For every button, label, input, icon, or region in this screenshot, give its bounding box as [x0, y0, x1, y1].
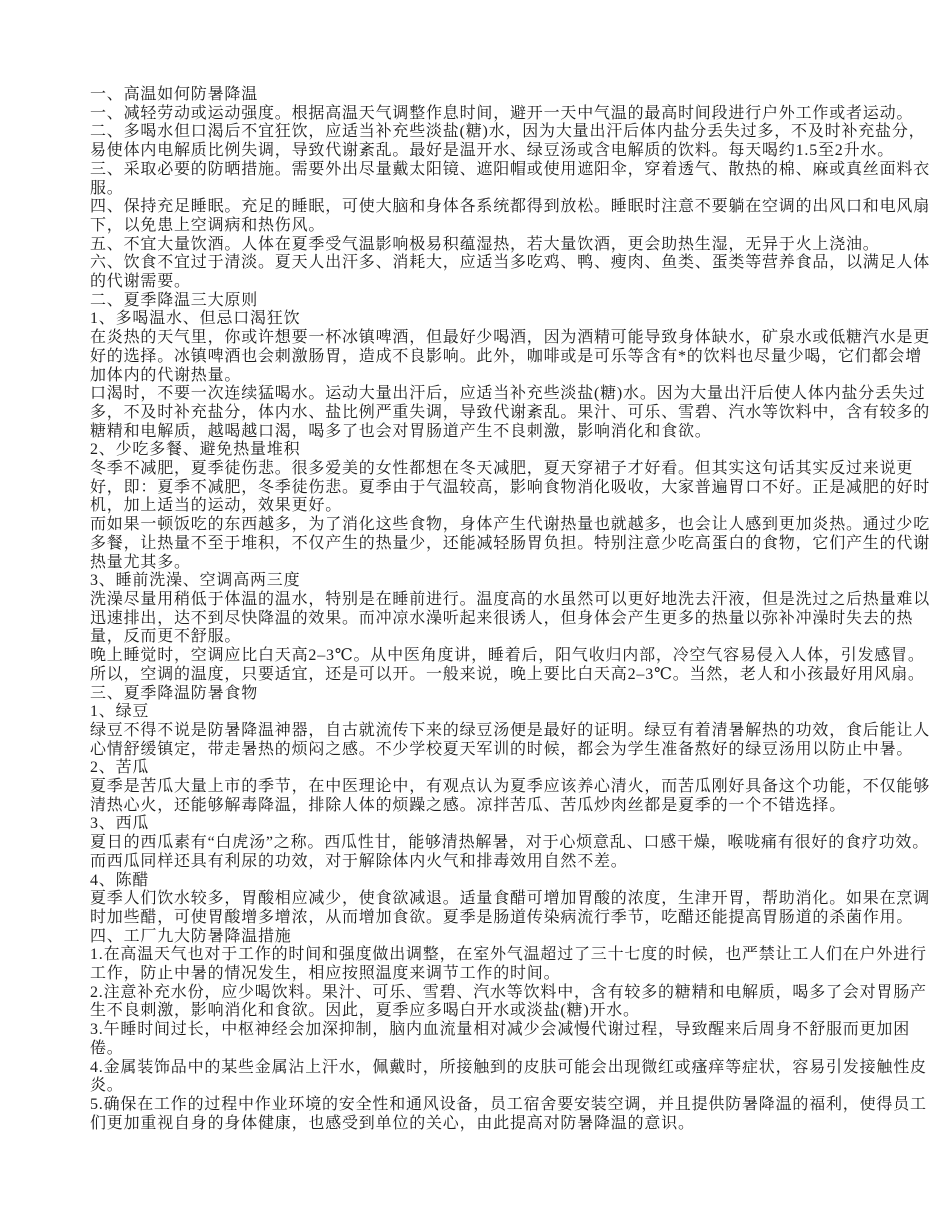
body-paragraph: 3.午睡时间过长，中枢神经会加深抑制，脑内血流量相对减少会减慢代谢过程，导致醒来… [90, 1021, 938, 1058]
document-body: 一、高温如何防暑降温 一、减轻劳动或运动强度。根据高温天气调整作息时间，避开一天… [90, 86, 938, 1133]
sub-heading: 3、西瓜 [90, 815, 938, 834]
body-paragraph: 2.注意补充水份，应少喝饮料。果汁、可乐、雪碧、汽水等饮料中，含有较多的糖精和电… [90, 984, 938, 1021]
sub-heading: 2、少吃多餐、避免热量堆积 [90, 441, 938, 460]
body-paragraph: 夏日的西瓜素有“白虎汤”之称。西瓜性甘，能够清热解暑，对于心烦意乱、口感干燥，喉… [90, 834, 938, 871]
body-paragraph: 夏季是苦瓜大量上市的季节，在中医理论中，有观点认为夏季应该养心清火，而苦瓜刚好具… [90, 778, 938, 815]
sub-heading: 2、苦瓜 [90, 759, 938, 778]
body-paragraph: 四、保持充足睡眠。充足的睡眠，可使大脑和身体各系统都得到放松。睡眠时注意不要躺在… [90, 198, 938, 235]
sub-heading: 1、多喝温水、但忌口渴狂饮 [90, 310, 938, 329]
body-paragraph: 二、多喝水但口渴后不宜狂饮，应适当补充些淡盐(糖)水，因为大量出汗后体内盐分丢失… [90, 123, 938, 160]
sub-heading: 1、绿豆 [90, 703, 938, 722]
body-paragraph: 六、饮食不宜过于清淡。夏天人出汗多、消耗大，应适当多吃鸡、鸭、瘦肉、鱼类、蛋类等… [90, 254, 938, 291]
body-paragraph: 口渴时，不要一次连续猛喝水。运动大量出汗后，应适当补充些淡盐(糖)水。因为大量出… [90, 385, 938, 441]
body-paragraph: 绿豆不得不说是防暑降温神器，自古就流传下来的绿豆汤便是最好的证明。绿豆有着清暑解… [90, 722, 938, 759]
body-paragraph: 而如果一顿饭吃的东西越多，为了消化这些食物，身体产生代谢热量也就越多，也会让人感… [90, 516, 938, 572]
body-paragraph: 三、采取必要的防晒措施。需要外出尽量戴太阳镜、遮阳帽或使用遮阳伞，穿着透气、散热… [90, 161, 938, 198]
sub-heading: 3、睡前洗澡、空调高两三度 [90, 572, 938, 591]
body-paragraph: 5.确保在工作的过程中作业环境的安全性和通风设备，员工宿舍要安装空调，并且提供防… [90, 1096, 938, 1133]
body-paragraph: 夏季人们饮水较多，胃酸相应减少，使食欲减退。适量食醋可增加胃酸的浓度，生津开胃，… [90, 890, 938, 927]
body-paragraph: 冬季不减肥，夏季徒伤悲。很多爱美的女性都想在冬天减肥，夏天穿裙子才好看。但其实这… [90, 460, 938, 516]
sub-heading: 4、陈醋 [90, 872, 938, 891]
body-paragraph: 一、减轻劳动或运动强度。根据高温天气调整作息时间，避开一天中气温的最高时间段进行… [90, 105, 938, 124]
document-page: 一、高温如何防暑降温 一、减轻劳动或运动强度。根据高温天气调整作息时间，避开一天… [0, 0, 950, 1230]
section-heading: 二、夏季降温三大原则 [90, 292, 938, 311]
body-paragraph: 1.在高温天气也对于工作的时间和强度做出调整，在室外气温超过了三十七度的时候，也… [90, 946, 938, 983]
body-paragraph: 4.金属装饰品中的某些金属沾上汗水，佩戴时，所接触到的皮肤可能会出现微红或瘙痒等… [90, 1059, 938, 1096]
section-heading: 四、工厂九大防暑降温措施 [90, 928, 938, 947]
body-paragraph: 晚上睡觉时，空调应比白天高2–3℃。从中医角度讲，睡着后，阳气收归内部，冷空气容… [90, 647, 938, 684]
section-heading: 一、高温如何防暑降温 [90, 86, 938, 105]
body-paragraph: 在炎热的天气里，你或许想要一杯冰镇啤酒，但最好少喝酒，因为酒精可能导致身体缺水，… [90, 329, 938, 385]
section-heading: 三、夏季降温防暑食物 [90, 685, 938, 704]
body-paragraph: 洗澡尽量用稍低于体温的温水，特别是在睡前进行。温度高的水虽然可以更好地洗去汗液，… [90, 591, 938, 647]
body-paragraph: 五、不宜大量饮酒。人体在夏季受气温影响极易积蕴湿热，若大量饮酒，更会助热生湿，无… [90, 236, 938, 255]
